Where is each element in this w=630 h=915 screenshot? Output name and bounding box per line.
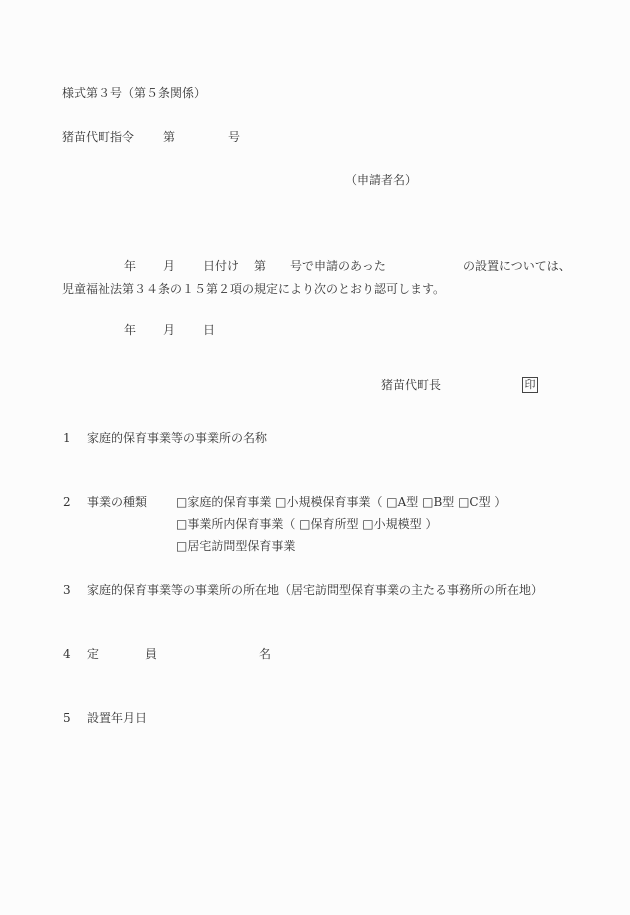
form-number-label: 様式第３号（第５条関係） <box>62 86 206 100</box>
date-month: 月 <box>163 323 175 337</box>
item-label-establishment-date: 設置年月日 <box>87 711 147 725</box>
business-type-options-row-2[interactable]: □事業所内保育事業（ □保育所型 □小規模型 ） <box>176 517 437 531</box>
directive-go: 号 <box>228 130 240 144</box>
date-year: 年 <box>124 323 136 337</box>
item-number: 5 <box>63 711 71 725</box>
body-month: 月 <box>163 259 175 273</box>
business-type-options-row-3[interactable]: □居宅訪問型保育事業 <box>176 539 295 553</box>
body-year: 年 <box>124 259 136 273</box>
body-establishment: の設置については、 <box>463 259 571 273</box>
item-label-facility-location: 家庭的保育事業等の事業所の所在地（居宅訪問型保育事業の主たる事務所の所在地） <box>87 583 543 597</box>
applicant-name-label: （申請者名） <box>345 173 417 187</box>
date-day: 日 <box>203 323 215 337</box>
business-type-options-row-1[interactable]: □家庭的保育事業 □小規模保育事業（ □A型 □B型 □C型 ） <box>176 495 506 509</box>
mayor-title: 猪苗代町長 <box>381 378 441 392</box>
item-label-business-type: 事業の種類 <box>87 495 147 509</box>
capacity-label-part-2: 員 <box>145 647 157 661</box>
item-label-facility-name: 家庭的保育事業等の事業所の名称 <box>87 431 267 445</box>
capacity-label-part-1: 定 <box>87 647 99 661</box>
body-legal-basis: 児童福祉法第３４条の１５第２項の規定により次のとおり認可します。 <box>62 282 445 296</box>
body-dai: 第 <box>254 259 266 273</box>
body-go-applied: 号で申請のあった <box>290 259 386 273</box>
directive-prefix: 猪苗代町指令 <box>62 130 134 144</box>
seal-stamp-icon: 印 <box>522 377 538 393</box>
capacity-unit-label: 名 <box>259 647 271 661</box>
item-number: 4 <box>63 647 71 661</box>
item-number: 1 <box>63 431 71 445</box>
item-number: 2 <box>63 495 71 509</box>
body-dated: 日付け <box>203 259 239 273</box>
directive-dai: 第 <box>163 130 175 144</box>
item-number: 3 <box>63 583 71 597</box>
